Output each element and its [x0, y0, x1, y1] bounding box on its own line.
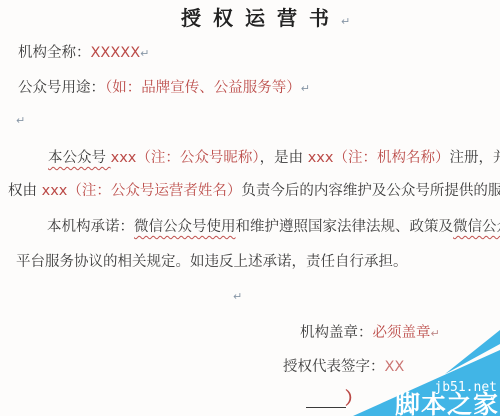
- account-p-text: 负责今后的内容维护及公众号所提供的服务。: [241, 183, 500, 199]
- operator-name-placeholder: xxx（注：公众号运营者姓名）: [42, 183, 242, 199]
- purpose-line: 公众号用途：（如：品牌宣传、公益服务等）↵: [18, 79, 310, 98]
- account-p-text: ，是由: [260, 150, 308, 166]
- purpose-value: （如：品牌宣传、公益服务等）: [105, 80, 301, 96]
- paragraph-mark-icon: ↵: [341, 15, 350, 28]
- promise-paragraph-line2: 平台服务协议的相关规定。如违反上述承诺，责任自行承担。: [16, 253, 408, 272]
- purpose-label: 公众号用途：: [18, 80, 105, 96]
- document-title: 授权运营书↵: [181, 6, 350, 34]
- org-name-line: 机构全称：XXXXX↵: [18, 44, 149, 63]
- account-paragraph-line2: 权由 xxx（注：公众号运营者姓名）负责今后的内容维护及公众号所提供的服务。↵: [8, 182, 500, 201]
- account-p-text: 注册，并授: [449, 150, 500, 166]
- promise-p-text-squiggled: 微信公众: [453, 219, 500, 235]
- account-nickname-placeholder: xxx（注：公众号昵称）: [111, 150, 260, 166]
- promise-paragraph-line1: 本机构承诺：微信公众号使用和维护遵照国家法律法规、政策及微信公众: [47, 218, 500, 237]
- org-name-label: 机构全称：: [18, 45, 91, 61]
- title-text: 授权运营书: [181, 6, 341, 30]
- empty-paragraph: ↵: [16, 111, 25, 130]
- account-p-text: 权由: [8, 183, 42, 199]
- jb51-watermark: jb51.net 脚本之家: [350, 330, 500, 416]
- signature-blank-underline: [306, 392, 346, 408]
- paragraph-mark-icon: ↵: [233, 290, 242, 303]
- org-name-placeholder: xxx（注：机构名称）: [308, 150, 450, 166]
- account-paragraph-line1: 本公众号 xxx（注：公众号昵称），是由 xxx（注：机构名称）注册，并授: [48, 149, 500, 168]
- authorization-letter-document: 授权运营书↵ 机构全称：XXXXX↵ 公众号用途：（如：品牌宣传、公益服务等）↵…: [0, 0, 500, 416]
- paragraph-mark-icon: ↵: [16, 114, 25, 127]
- promise-p-text: 平台服务协议的相关规定。如违反上述承诺，责任自行承担。: [16, 254, 408, 270]
- empty-paragraph-centered: ↵: [233, 287, 242, 306]
- org-name-value: XXXXX: [91, 45, 141, 61]
- watermark-name-text: 脚本之家: [395, 390, 499, 416]
- paragraph-mark-icon: ↵: [140, 47, 149, 60]
- promise-p-text: 本机构承诺：: [47, 219, 134, 235]
- promise-p-text: 和维护遵照国家法律法规、政策及: [236, 219, 454, 235]
- promise-p-text-squiggled: 微信公众号使用: [134, 219, 236, 235]
- paragraph-mark-icon: ↵: [301, 82, 310, 95]
- account-p-text: 本公众号: [48, 150, 111, 166]
